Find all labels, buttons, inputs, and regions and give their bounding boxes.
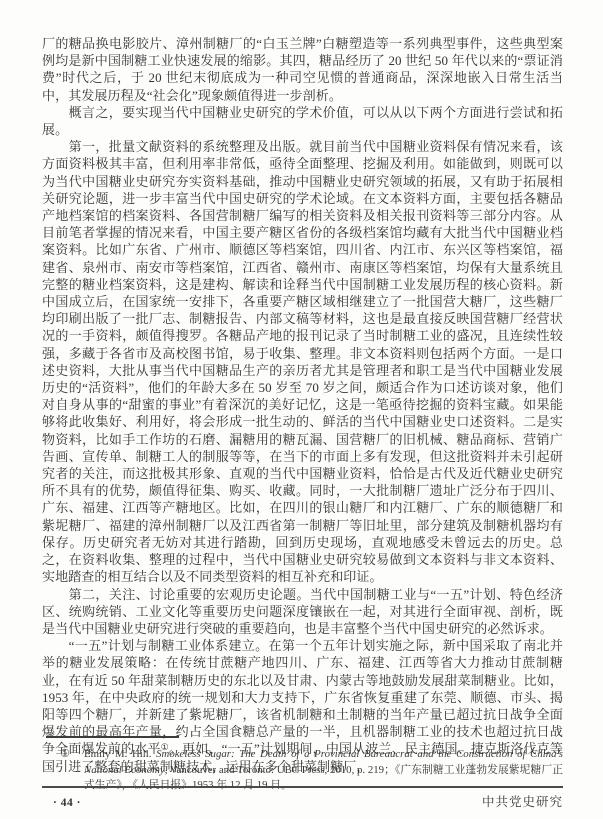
journal-title: 中共党史研究 — [482, 792, 563, 810]
page-number: · 44 · — [53, 797, 81, 809]
paragraph-summary: 概言之，要实现当代中国糖业史研究的学术价值，可以从以下两个方面进行尝试和拓展。 — [42, 104, 563, 138]
paragraph-point-two-topics: 第二，关注、讨论重要的宏观历史论题。当代中国制糖工业与“一五”计划、特色经济区、… — [42, 586, 563, 638]
footer-rule — [42, 786, 563, 788]
footnote-separator-rule — [46, 736, 179, 738]
footnote-marker: ① — [60, 747, 84, 763]
paragraph-continuation: 厂的糖品换电影胶片、漳州制糖厂的“白玉兰牌”白糖塑造等一系列典型事件，这些典型案… — [42, 35, 563, 104]
article-body: 厂的糖品换电影胶片、漳州制糖厂的“白玉兰牌”白糖塑造等一系列典型事件，这些典型案… — [42, 35, 563, 775]
paragraph-text-before-note: “一五”计划与制糖工业体系建立。在第一个五年计划实施之际，新中国采取了南北并举的… — [42, 638, 563, 756]
footnote-author: Emily M. Hill. — [84, 748, 156, 760]
paragraph-point-one-sources: 第一，批量文献资料的系统整理及出版。就目前当代中国糖业资料保有情况来看，该方面资… — [42, 138, 563, 585]
journal-page: 厂的糖品换电影胶片、漳州制糖厂的“白玉兰牌”白糖塑造等一系列典型事件，这些典型案… — [0, 0, 603, 819]
page-footer: · 44 · 中共党史研究 — [42, 792, 563, 810]
